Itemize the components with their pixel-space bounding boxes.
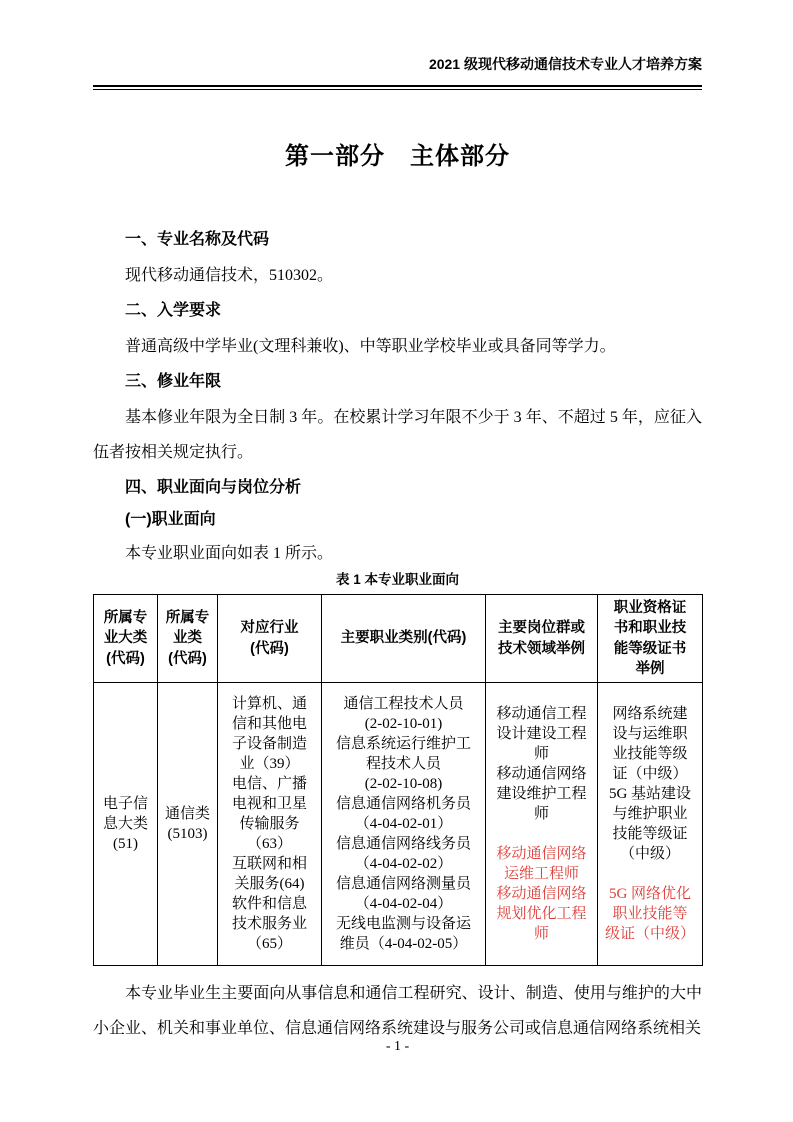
positions-standard: 移动通信工程 设计建设工程 师 移动通信网络 建设维护工程 师 xyxy=(487,704,596,824)
document-page: 2021 级现代移动通信技术专业人才培养方案 第一部分 主体部分 一、专业名称及… xyxy=(0,0,793,1122)
section-2-body: 普通高级中学毕业(文理科兼收)、中等职业学校毕业或具备同等学力。 xyxy=(93,329,702,364)
table-row: 电子信 息大类 (51) 通信类 (5103) 计算机、通 信和其他电 子设备制… xyxy=(94,683,703,966)
cell-positions: 移动通信工程 设计建设工程 师 移动通信网络 建设维护工程 师 移动通信网络 运… xyxy=(486,683,598,966)
certificates-highlighted: 5G 网络优化 职业技能等 级证（中级） xyxy=(599,884,701,944)
section-1-heading: 一、专业名称及代码 xyxy=(93,230,702,250)
section-4-sub-heading: (一)职业面向 xyxy=(93,510,702,530)
section-4-sub-body: 本专业职业面向如表 1 所示。 xyxy=(93,536,702,571)
header-certificates: 职业资格证 书和职业技 能等级证书 举例 xyxy=(598,595,703,683)
header-major-category: 所属专 业大类 (代码) xyxy=(94,595,158,683)
positions-highlighted: 移动通信网络 运维工程师 移动通信网络 规划优化工程 师 xyxy=(487,844,596,944)
document-title: 第一部分 主体部分 xyxy=(93,140,702,174)
section-3-body: 基本修业年限为全日制 3 年。在校累计学习年限不少于 3 年、不超过 5 年，应… xyxy=(93,400,702,470)
header-industry: 对应行业 (代码) xyxy=(218,595,322,683)
section-1-body: 现代移动通信技术，510302。 xyxy=(93,258,702,293)
section-2-heading: 二、入学要求 xyxy=(93,301,702,321)
section-4-heading: 四、职业面向与岗位分析 xyxy=(93,478,702,498)
header-rule xyxy=(93,85,702,90)
closing-paragraph: 本专业毕业生主要面向从事信息和通信工程研究、设计、制造、使用与维护的大中小企业、… xyxy=(93,976,702,1046)
header-title: 2021 级现代移动通信技术专业人才培养方案 xyxy=(93,55,702,73)
cell-major-category: 电子信 息大类 (51) xyxy=(94,683,158,966)
certificates-standard: 网络系统建 设与运维职 业技能等级 证（中级） 5G 基站建设 与维护职业 技能… xyxy=(599,704,701,864)
header-occupation-type: 主要职业类别(代码) xyxy=(322,595,486,683)
career-orientation-table: 所属专 业大类 (代码) 所属专 业类 (代码) 对应行业 (代码) 主要职业类… xyxy=(93,594,703,966)
header-major-class: 所属专 业类 (代码) xyxy=(158,595,218,683)
table-header-row: 所属专 业大类 (代码) 所属专 业类 (代码) 对应行业 (代码) 主要职业类… xyxy=(94,595,703,683)
header-position-group: 主要岗位群或 技术领域举例 xyxy=(486,595,598,683)
cell-major-class: 通信类 (5103) xyxy=(158,683,218,966)
section-3-heading: 三、修业年限 xyxy=(93,372,702,392)
table-caption: 表 1 本专业职业面向 xyxy=(93,571,702,589)
page-number: - 1 - xyxy=(93,1038,702,1056)
cell-certificates: 网络系统建 设与运维职 业技能等级 证（中级） 5G 基站建设 与维护职业 技能… xyxy=(598,683,703,966)
cell-occupations: 通信工程技术人员 (2-02-10-01) 信息系统运行维护工 程技术人员 (2… xyxy=(322,683,486,966)
page-header: 2021 级现代移动通信技术专业人才培养方案 xyxy=(93,55,702,90)
cell-industries: 计算机、通 信和其他电 子设备制造 业（39） 电信、广播 电视和卫星 传输服务… xyxy=(218,683,322,966)
